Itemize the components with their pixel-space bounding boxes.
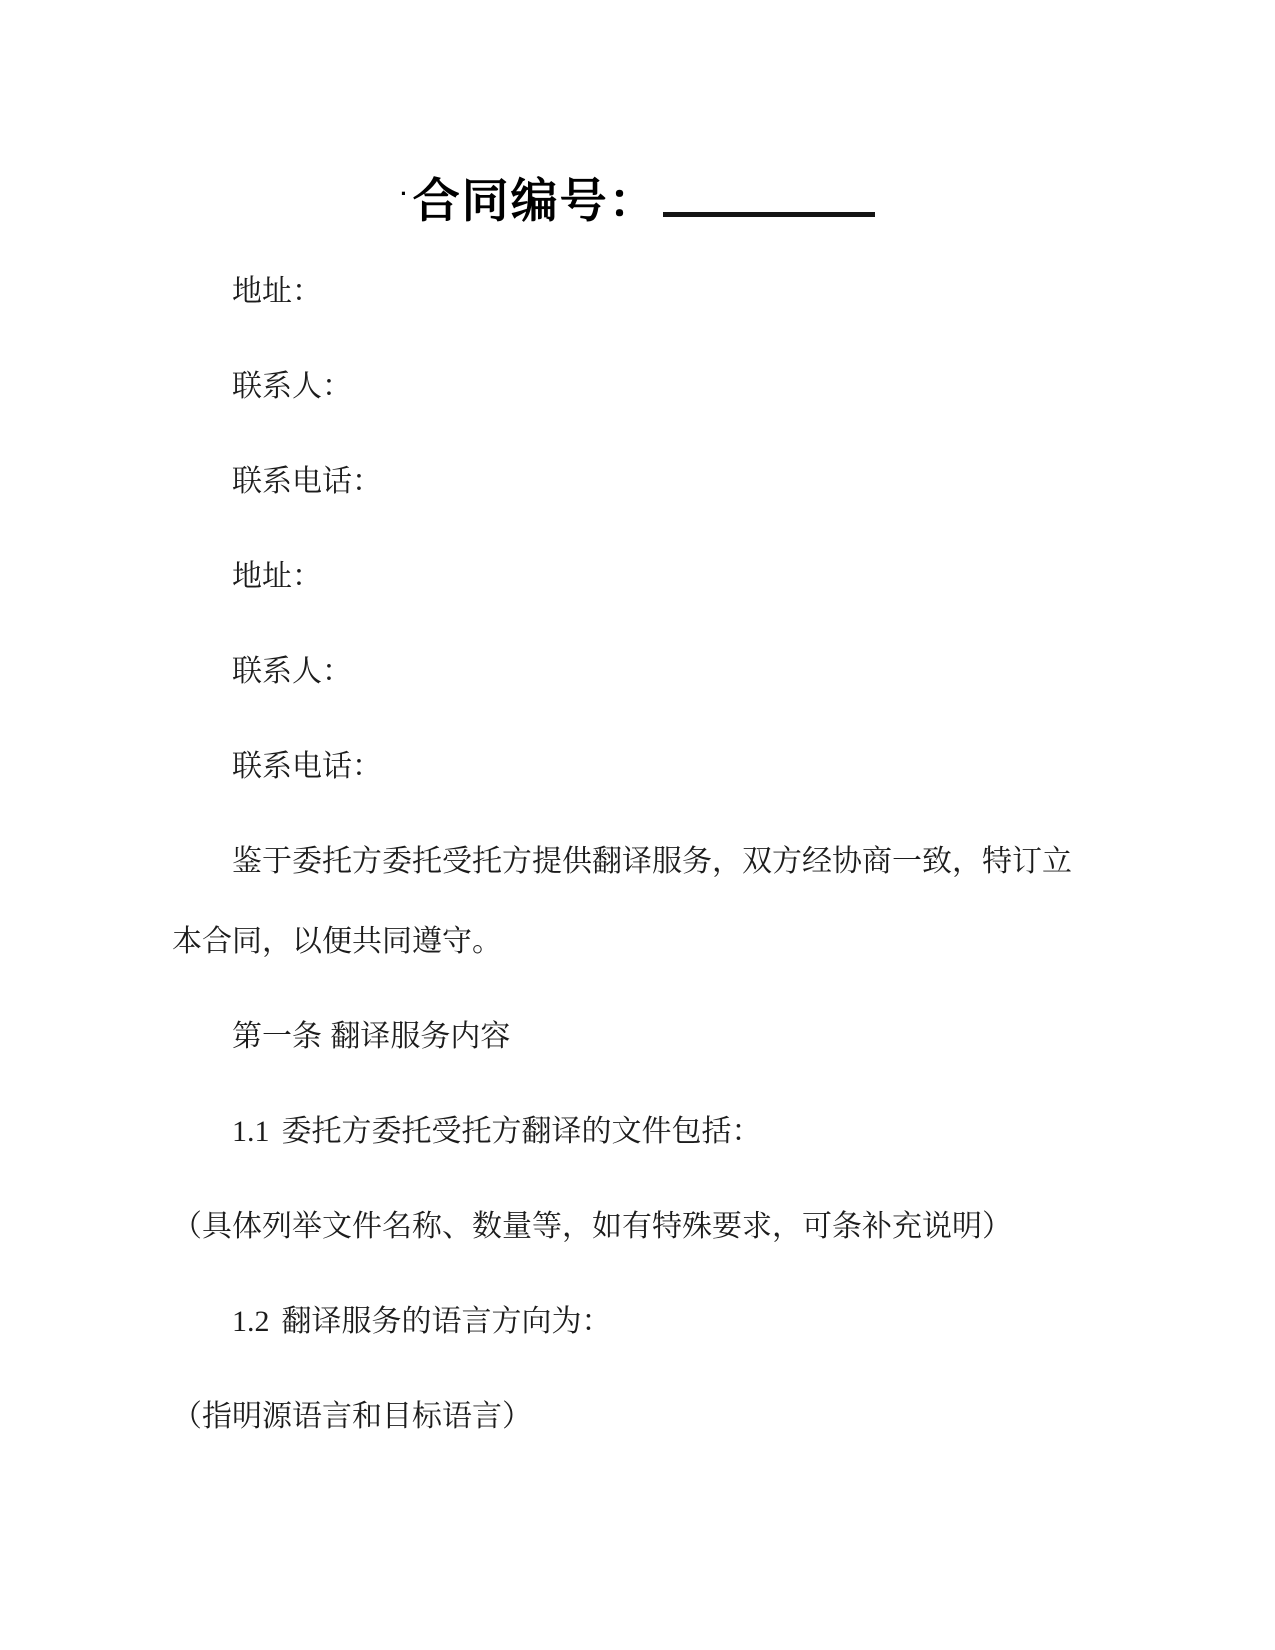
clause-1-2-number: 1.2 (232, 1305, 270, 1338)
title-stray-dot: · (400, 181, 409, 206)
clause-1-1-note: （具体列举文件名称、数量等，如有特殊要求，可条补充说明） (172, 1187, 1082, 1267)
party-a-phone-label: 联系电话： (172, 442, 1082, 522)
party-a-address-label: 地址： (172, 252, 1082, 332)
clause-1-1-text: 委托方委托受托方翻译的文件包括： (282, 1115, 762, 1148)
clause-1-1: 1.1委托方委托受托方翻译的文件包括： (172, 1092, 1082, 1172)
contract-number-blank (663, 158, 875, 217)
party-b-contact-label: 联系人： (172, 632, 1082, 712)
preamble-paragraph: 鉴于委托方委托受托方提供翻译服务，双方经协商一致，特订立本合同，以便共同遵守。 (172, 822, 1082, 982)
clause-1-1-number: 1.1 (232, 1115, 270, 1148)
document-title: ·合同编号： (0, 158, 1275, 233)
article-1-heading: 第一条 翻译服务内容 (172, 997, 1082, 1077)
party-b-phone-label: 联系电话： (172, 727, 1082, 807)
party-b-address-label: 地址： (172, 537, 1082, 617)
party-a-contact-label: 联系人： (172, 347, 1082, 427)
clause-1-2-note: （指明源语言和目标语言） (172, 1377, 1082, 1457)
document-page: ·合同编号： 地址： 联系人： 联系电话： 地址： 联系人： 联系电话： 鉴于委… (0, 0, 1275, 1650)
contract-number-label: 合同编号： (413, 174, 658, 227)
document-body: 地址： 联系人： 联系电话： 地址： 联系人： 联系电话： 鉴于委托方委托受托方… (172, 252, 1082, 1457)
clause-1-2: 1.2翻译服务的语言方向为： (172, 1282, 1082, 1362)
clause-1-2-text: 翻译服务的语言方向为： (282, 1305, 612, 1338)
